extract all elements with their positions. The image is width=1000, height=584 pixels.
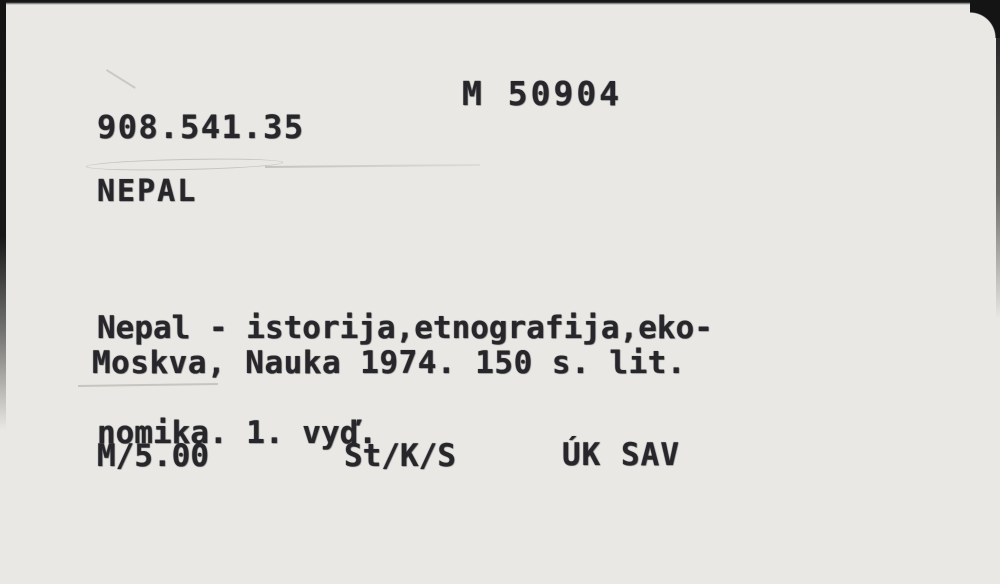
subject-heading: NEPAL xyxy=(97,174,197,209)
scan-edge-right xyxy=(996,0,1000,320)
card-rounded-corner xyxy=(970,0,1000,38)
pencil-scribble-tail xyxy=(265,164,480,167)
shelving-code: St/K/S xyxy=(344,438,456,474)
price-code: M/5.00 xyxy=(97,438,209,474)
library-catalog-card: M 50904 908.541.35 NEPAL Nepal - istorij… xyxy=(0,0,1000,584)
library-sigla: ÚK SAV xyxy=(562,437,680,473)
title-line-1: Nepal - istorija,etnografija,eko- xyxy=(97,311,713,346)
call-number: 908.541.35 xyxy=(97,108,305,146)
pencil-scribble xyxy=(86,157,283,172)
title-statement: Nepal - istorija,etnografija,eko- nomika… xyxy=(97,241,713,521)
pencil-mark xyxy=(106,69,136,88)
scan-edge-top xyxy=(0,0,1000,5)
accession-number: M 50904 xyxy=(462,74,622,113)
imprint-statement: Moskva, Nauka 1974. 150 s. lit. xyxy=(92,345,686,381)
scan-edge-left xyxy=(0,0,6,430)
